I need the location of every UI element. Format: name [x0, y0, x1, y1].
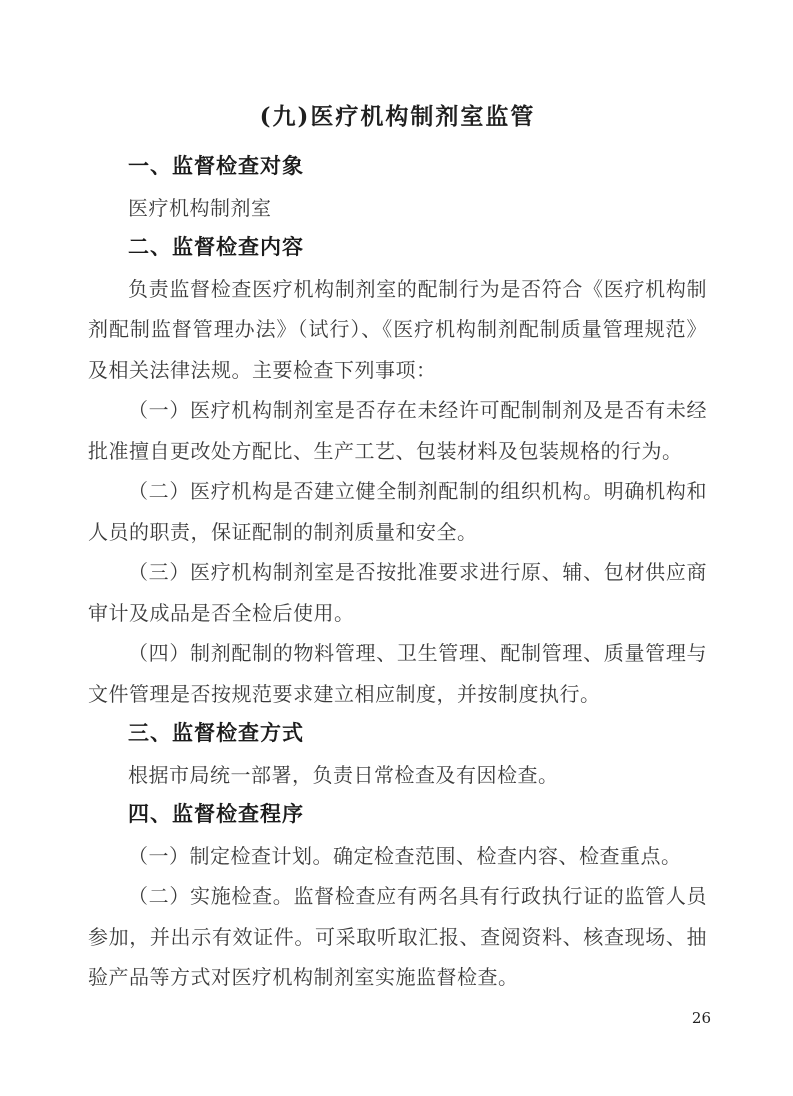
paragraph: 根据市局统一部署，负责日常检查及有因检查。: [88, 755, 707, 796]
paragraph: （二）医疗机构是否建立健全制剂配制的组织机构。明确机构和人员的职责，保证配制的制…: [88, 471, 707, 552]
section-heading: 三、监督检查方式: [88, 714, 707, 755]
section-heading: 一、监督检查对象: [88, 147, 707, 188]
document-content: (九)医疗机构制剂室监管 一、监督检查对象医疗机构制剂室二、监督检查内容负责监督…: [88, 99, 707, 998]
paragraph: （四）制剂配制的物料管理、卫生管理、配制管理、质量管理与文件管理是否按规范要求建…: [88, 633, 707, 714]
section-heading: 四、监督检查程序: [88, 795, 707, 836]
paragraph: （一）制定检查计划。确定检查范围、检查内容、检查重点。: [88, 836, 707, 877]
paragraph: （一）医疗机构制剂室是否存在未经许可配制制剂及是否有未经批准擅自更改处方配比、生…: [88, 390, 707, 471]
paragraph: （二）实施检查。监督检查应有两名具有行政执行证的监管人员参加，并出示有效证件。可…: [88, 876, 707, 998]
sections-container: 一、监督检查对象医疗机构制剂室二、监督检查内容负责监督检查医疗机构制剂室的配制行…: [88, 147, 707, 998]
paragraph: （三）医疗机构制剂室是否按批准要求进行原、辅、包材供应商审计及成品是否全检后使用…: [88, 552, 707, 633]
page-number: 26: [692, 1008, 711, 1028]
section-heading: 二、监督检查内容: [88, 228, 707, 269]
paragraph: 负责监督检查医疗机构制剂室的配制行为是否符合《医疗机构制剂配制监督管理办法》（试…: [88, 269, 707, 391]
document-page: (九)医疗机构制剂室监管 一、监督检查对象医疗机构制剂室二、监督检查内容负责监督…: [0, 0, 793, 1096]
paragraph: 医疗机构制剂室: [88, 188, 707, 229]
document-title: (九)医疗机构制剂室监管: [88, 99, 707, 135]
